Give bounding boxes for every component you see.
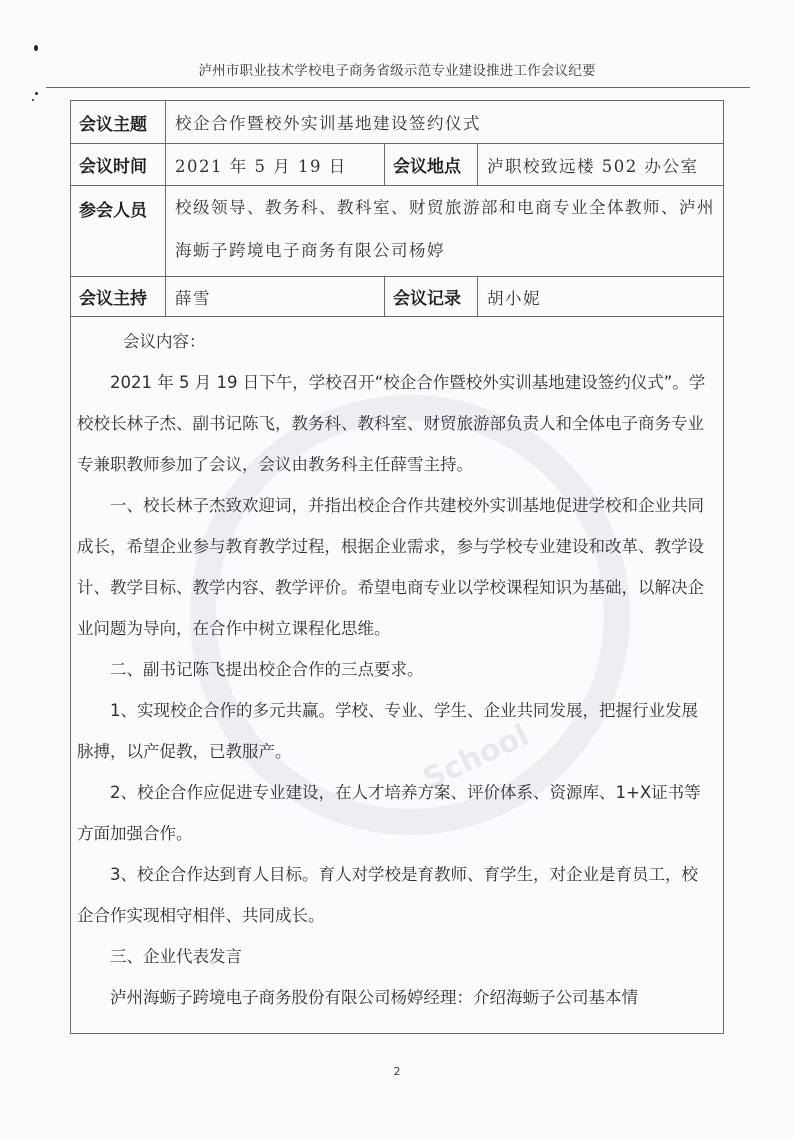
recorder-value: 胡小妮	[477, 277, 723, 316]
meeting-content: 会议内容： 2021 年 5 月 19 日下午，学校召开“校企合作暨校外实训基地…	[71, 317, 723, 1033]
content-paragraph: 二、副书记陈飞提出校企合作的三点要求。	[71, 649, 723, 690]
row-time-location: 会议时间 2021 年 5 月 19 日 会议地点 泸职校致远楼 502 办公室	[71, 144, 723, 186]
row-host-recorder: 会议主持 薛雪 会议记录 胡小妮	[71, 277, 723, 317]
location-value: 泸职校致远楼 502 办公室	[477, 144, 723, 185]
content-paragraph: 一、校长林子杰致欢迎词，并指出校企合作共建校外实训基地促进学校和企业共同成长，希…	[71, 485, 723, 649]
document-header-title: 泸州市职业技术学校电子商务省级示范专业建设推进工作会议纪要	[0, 59, 794, 79]
content-paragraph: 3、校企合作达到育人目标。育人对学校是育教师、育学生，对企业是育员工，校企合作实…	[71, 854, 723, 936]
attendees-value: 校级领导、教务科、教科室、财贸旅游部和电商专业全体教师、泸州海蛎子跨境电子商务有…	[165, 186, 723, 276]
time-label: 会议时间	[71, 144, 165, 185]
content-paragraph: 1、实现校企合作的多元共赢。学校、专业、学生、企业共同发展，把握行业发展脉搏，以…	[71, 690, 723, 772]
meeting-minutes-table: 会议主题 校企合作暨校外实训基地建设签约仪式 会议时间 2021 年 5 月 1…	[70, 100, 724, 1034]
header-divider	[46, 87, 750, 88]
row-attendees: 参会人员 校级领导、教务科、教科室、财贸旅游部和电商专业全体教师、泸州海蛎子跨境…	[71, 186, 723, 277]
time-value: 2021 年 5 月 19 日	[165, 144, 384, 185]
recorder-label: 会议记录	[384, 277, 477, 316]
scan-speck	[35, 92, 38, 95]
row-topic: 会议主题 校企合作暨校外实训基地建设签约仪式	[71, 101, 723, 144]
page-number: 2	[0, 1065, 794, 1078]
scan-speck	[32, 99, 34, 101]
location-label: 会议地点	[384, 144, 477, 185]
attendees-label: 参会人员	[71, 186, 165, 276]
host-value: 薛雪	[165, 277, 384, 316]
topic-value: 校企合作暨校外实训基地建设签约仪式	[165, 101, 723, 143]
content-paragraph: 2021 年 5 月 19 日下午，学校召开“校企合作暨校外实训基地建设签约仪式…	[71, 362, 723, 485]
scan-speck	[34, 45, 38, 51]
content-paragraph: 2、校企合作应促进专业建设，在人才培养方案、评价体系、资源库、1+X证书等方面加…	[71, 772, 723, 854]
host-label: 会议主持	[71, 277, 165, 316]
topic-label: 会议主题	[71, 101, 165, 143]
content-paragraph: 泸州海蛎子跨境电子商务股份有限公司杨婷经理：介绍海蛎子公司基本情	[71, 977, 723, 1018]
content-paragraph: 三、企业代表发言	[71, 936, 723, 977]
content-heading: 会议内容：	[71, 317, 723, 362]
